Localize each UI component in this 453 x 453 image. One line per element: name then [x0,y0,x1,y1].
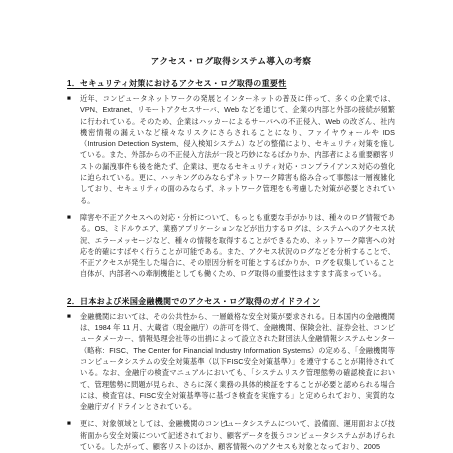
list-item: ■ 障害や不正アクセスへの対応・分析について、もっとも重要な手がかりは、種々のロ… [67,212,395,280]
section-2-heading: 2．日本および米国金融機関でのアクセス・ログ取得のガイドライン [67,296,395,307]
section-1-heading: 1．セキュリティ対策におけるアクセス・ログ取得の重要性 [67,78,395,89]
section-security-log-importance: 1．セキュリティ対策におけるアクセス・ログ取得の重要性 ■ 近年、コンピュータネ… [67,78,395,280]
page-number: 1 [0,419,453,428]
section-financial-guidelines: 2．日本および米国金融機関でのアクセス・ログ取得のガイドライン ■ 金融機関にお… [67,296,395,453]
list-item: ■ 金融機関においては、その公共性から、一層厳格な安全対策が要求される。日本国内… [67,311,395,413]
bullet-square-icon: ■ [67,212,80,223]
bullet-square-icon: ■ [67,311,80,322]
list-item: ■ 近年、コンピュータネットワークの発展とインターネットの普及に伴って、多くの企… [67,93,395,206]
bullet-square-icon: ■ [67,93,80,104]
document-title: アクセス・ログ取得システム導入の考察 [67,55,395,67]
paragraph-network-risks: 近年、コンピュータネットワークの発展とインターネットの普及に伴って、多くの企業で… [80,93,395,206]
paragraph-log-analysis: 障害や不正アクセスへの対応・分析について、もっとも重要な手がかりは、種々のログ情… [80,212,395,280]
paragraph-fisc-standard: 金融機関においては、その公共性から、一層厳格な安全対策が要求される。日本国内の金… [80,311,395,413]
document-page: アクセス・ログ取得システム導入の考察 1．セキュリティ対策におけるアクセス・ログ… [0,0,453,453]
